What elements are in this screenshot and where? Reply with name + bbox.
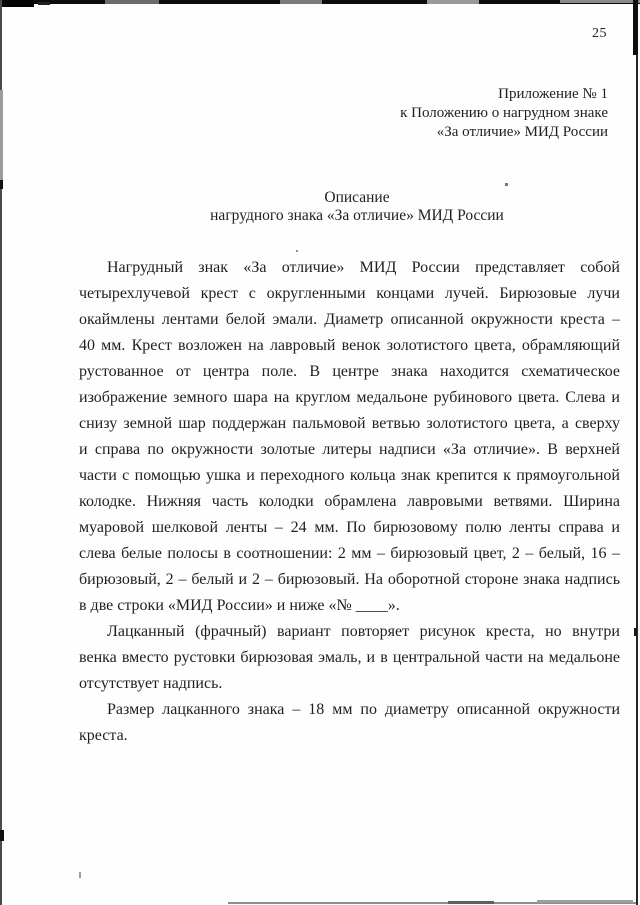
scan-artifact-right-tick — [634, 628, 637, 636]
scan-artifact-top-dash — [38, 2, 50, 5]
text-line: рустованное от центра поле. В центре зна… — [79, 359, 620, 385]
scan-artifact-left-gray-band — [0, 90, 3, 185]
document-body: Нагрудный знак «За отличие» МИД России п… — [79, 255, 620, 749]
text-line: изображение земного шара на круглом меда… — [79, 385, 620, 411]
text-line: и справа по окружности золотые литеры на… — [79, 437, 620, 463]
scan-artifact-top-left-corner — [0, 0, 34, 7]
paragraph-lapel-variant: Лацканный (фрачный) вариант повторяет ри… — [79, 619, 620, 697]
text-line: муаровой шелковой ленты – 24 мм. По бирю… — [79, 515, 620, 541]
scan-artifact-bottom-segment — [537, 900, 633, 903]
scan-artifact-speck — [296, 250, 298, 252]
scan-artifact-bottom-segment — [448, 901, 494, 904]
scan-artifact-top-segment — [560, 0, 640, 3]
scan-artifact-left-tick — [0, 830, 4, 841]
scan-artifact-top-segment — [427, 0, 479, 4]
text-line: креста. — [79, 723, 620, 749]
text-line: венка вместо рустовки бирюзовая эмаль, и… — [79, 645, 620, 671]
text-line: в две строки «МИД России» и ниже «№ ____… — [79, 593, 620, 619]
scan-artifact-speck — [505, 183, 508, 186]
document-title: Описаниенагрудного знака «За отличие» МИ… — [87, 189, 627, 224]
scan-artifact-top-segment — [280, 0, 322, 4]
text-line: Размер лацканного знака – 18 мм по диаме… — [79, 697, 620, 723]
scan-artifact-left-tick — [0, 180, 3, 189]
text-line: «За отличие» МИД России — [400, 123, 608, 142]
paragraph-badge-description: Нагрудный знак «За отличие» МИД России п… — [79, 255, 620, 619]
text-line: нагрудного знака «За отличие» МИД России — [87, 207, 627, 225]
paragraph-lapel-size: Размер лацканного знака – 18 мм по диаме… — [79, 697, 620, 749]
appendix-reference: Приложение № 1к Положению о нагрудном зн… — [400, 85, 608, 142]
text-line: отсутствует надпись. — [79, 671, 620, 697]
text-line: четырехлучевой крест с округленными конц… — [79, 281, 620, 307]
text-line: Описание — [87, 189, 627, 207]
scan-artifact-right-edge — [636, 0, 638, 905]
text-line: снизу земной шар поддержан пальмовой вет… — [79, 411, 620, 437]
page-number: 25 — [592, 26, 607, 42]
scan-artifact-top-segment — [105, 0, 159, 4]
scan-artifact-speck — [79, 872, 81, 878]
text-line: окаймлены лентами белой эмали. Диаметр о… — [79, 307, 620, 333]
text-line: слева белые полосы в соотношении: 2 мм –… — [79, 541, 620, 567]
text-line: Лацканный (фрачный) вариант повторяет ри… — [79, 619, 620, 645]
text-line: к Положению о нагрудном знаке — [400, 104, 608, 123]
text-line: бирюзовый, 2 – белый и 2 – бирюзовый. На… — [79, 567, 620, 593]
text-line: Нагрудный знак «За отличие» МИД России п… — [79, 255, 620, 281]
text-line: Приложение № 1 — [400, 85, 608, 104]
text-line: части с помощью ушка и переходного кольц… — [79, 463, 620, 489]
scan-artifact-right-top-bar — [633, 0, 638, 55]
text-line: 40 мм. Крест возложен на лавровый венок … — [79, 333, 620, 359]
text-line: колодке. Нижняя часть колодки обрамлена … — [79, 489, 620, 515]
scanned-document-page: 25 Приложение № 1к Положению о нагрудном… — [0, 0, 640, 905]
